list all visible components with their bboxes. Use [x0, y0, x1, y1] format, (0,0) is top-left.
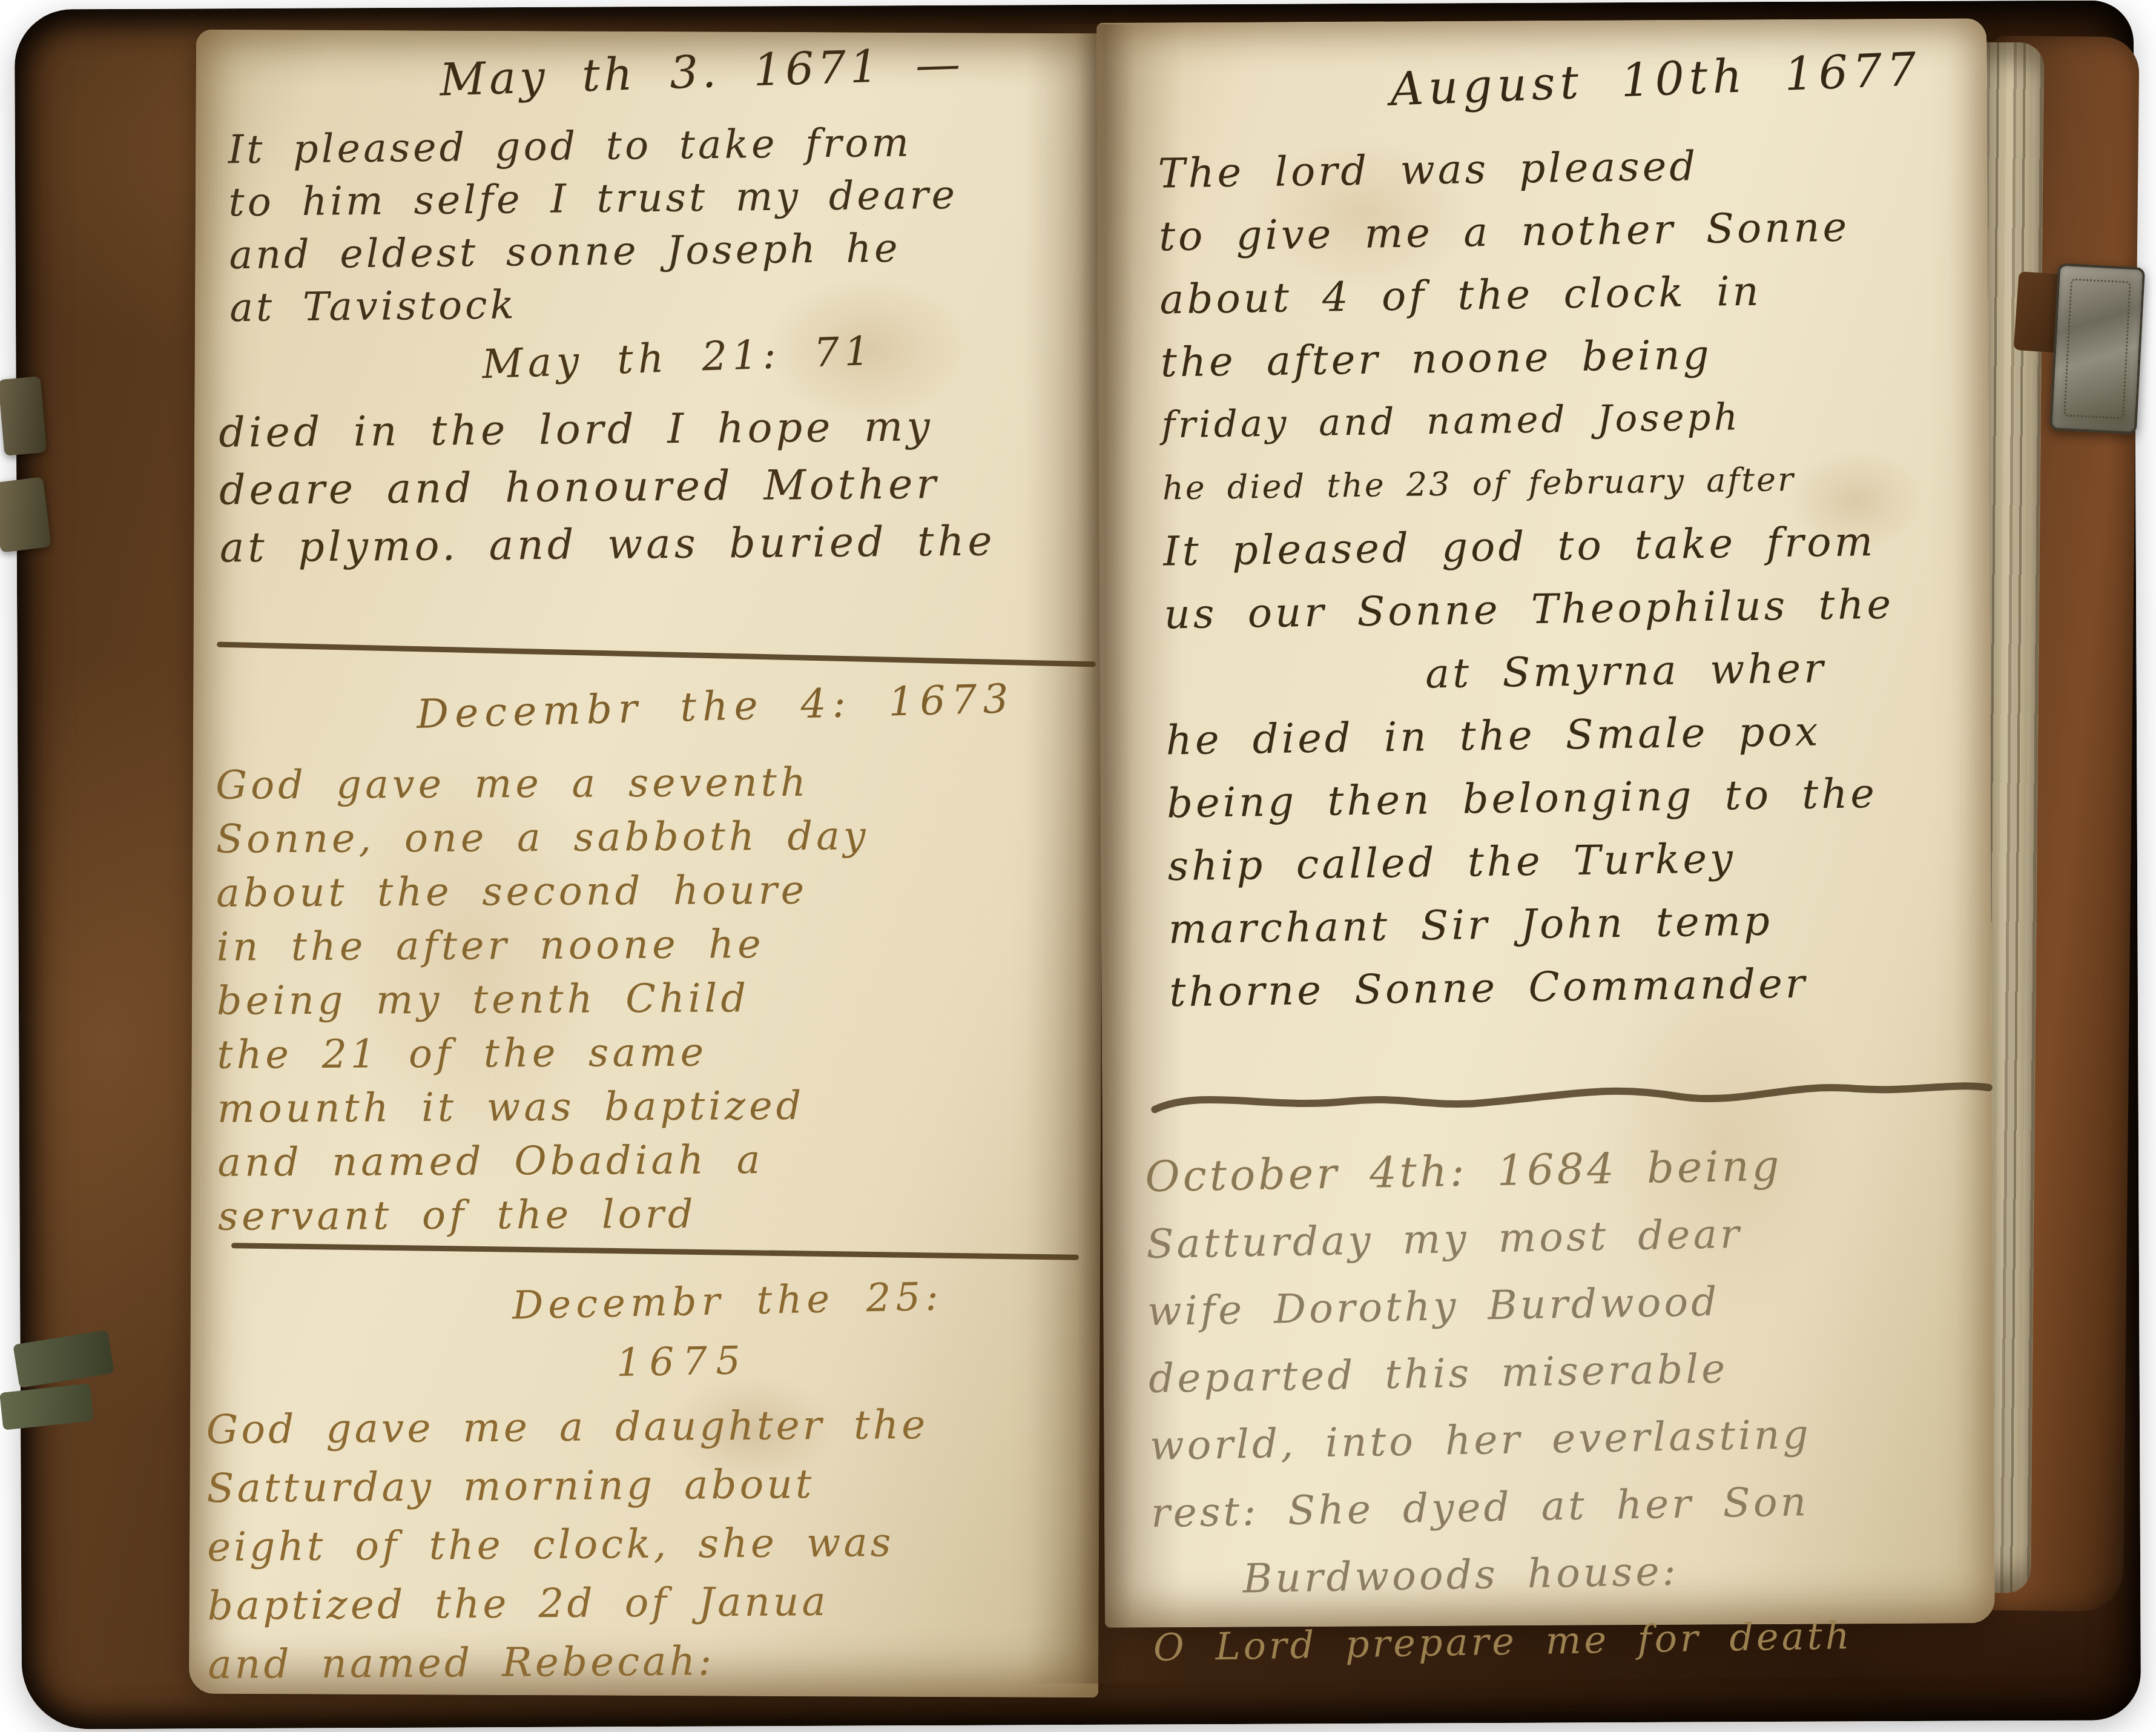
manuscript-line: Sonne, one a sabboth day	[216, 809, 869, 867]
manuscript-line: at Smyrna wher	[1425, 636, 1895, 706]
manuscript-line: the after noone being	[1160, 321, 1891, 394]
entry-paragraph: God gave me a daughter theSatturday morn…	[206, 1395, 930, 1694]
manuscript-line: Burdwoods house:	[1242, 1535, 1852, 1613]
manuscript-line: marchant Sir John temp	[1168, 888, 1899, 961]
manuscript-line: mounth it was baptized	[217, 1079, 871, 1136]
manuscript-line: deare and honoured Mother	[219, 455, 995, 519]
entry-paragraph: The lord was pleasedto give me a nother …	[1158, 132, 1900, 1024]
manuscript-line: us our Sonne Theophilus the	[1164, 573, 1894, 646]
manuscript-line: thorne Sonne Commander	[1169, 951, 1900, 1024]
manuscript-line: to give me a nother Sonne	[1158, 195, 1889, 268]
entry-paragraph: died in the lord I hope mydeare and hono…	[219, 397, 996, 577]
manuscript-line: and eldest sonne Joseph he	[229, 222, 958, 282]
manuscript-line: at plymo. and was buried the	[219, 512, 995, 577]
manuscript-line: to him selfe I trust my deare	[228, 169, 958, 230]
manuscript-line: October 4th: 1684 being	[1144, 1131, 1845, 1211]
manuscript-line: Satturday morning about	[206, 1454, 929, 1518]
manuscript-line: the 21 of the same	[217, 1025, 870, 1082]
manuscript-line: Satturday my most dear	[1146, 1198, 1846, 1278]
manuscript-line: died in the lord I hope my	[219, 397, 995, 461]
right-clasp-plate	[2049, 263, 2145, 434]
manuscript-line: at Tavistock	[229, 274, 959, 335]
manuscript-line: rest: She dyed at her Son	[1150, 1467, 1851, 1547]
entry-paragraph: It pleased god to take fromto him selfe …	[228, 116, 959, 335]
manuscript-line: and named Obadiah a	[217, 1132, 871, 1190]
manuscript-line: about 4 of the clock in	[1159, 258, 1890, 331]
manuscript-line: baptized the 2d of Janua	[207, 1572, 929, 1635]
manuscript-line: It pleased god to take from	[1163, 510, 1894, 583]
left-clasp-fitting-top-lower	[0, 477, 51, 552]
manuscript-line: friday and named Joseph	[1161, 384, 1892, 457]
manuscript-line: wife Dorothy Burdwood	[1147, 1266, 1847, 1345]
manuscript-line: servant of the lord	[218, 1186, 871, 1244]
manuscript-line: God gave me a daughter the	[206, 1395, 928, 1459]
manuscript-line: about the second houre	[216, 863, 869, 921]
manuscript-line: being then belonging to the	[1166, 762, 1897, 835]
entry-paragraph-october-4-1684: October 4th: 1684 beingSatturday my most…	[1144, 1131, 1853, 1681]
left-clasp-fitting-top	[0, 376, 47, 456]
manuscript-line: ship called the Turkey	[1167, 825, 1898, 898]
manuscript-line: God gave me a seventh	[216, 755, 869, 813]
manuscript-line: It pleased god to take from	[228, 116, 957, 177]
manuscript-line: and named Rebecah:	[208, 1630, 930, 1694]
manuscript-line: world, into her everlasting	[1149, 1400, 1850, 1479]
manuscript-line: departed this miserable	[1148, 1333, 1848, 1412]
manuscript-line: The lord was pleased	[1158, 132, 1888, 205]
entry-heading-december-25: Decembr the 25:	[512, 1275, 943, 1329]
manuscript-line: eight of the clock, she was	[207, 1513, 929, 1576]
entry-heading-year-1675: 1675	[616, 1338, 749, 1386]
manuscript-line: in the after noone he	[216, 917, 869, 974]
manuscript-line: he died the 23 of february after	[1162, 447, 1893, 520]
entry-paragraph: God gave me a seventhSonne, one a sabbot…	[216, 755, 871, 1244]
manuscript-line: being my tenth Child	[217, 971, 870, 1028]
book-photograph: May th 3. 1671 — It pleased god to take …	[0, 0, 2156, 1732]
manuscript-line: O Lord prepare me for death	[1153, 1602, 1853, 1681]
manuscript-line: he died in the Smale pox	[1165, 699, 1896, 772]
